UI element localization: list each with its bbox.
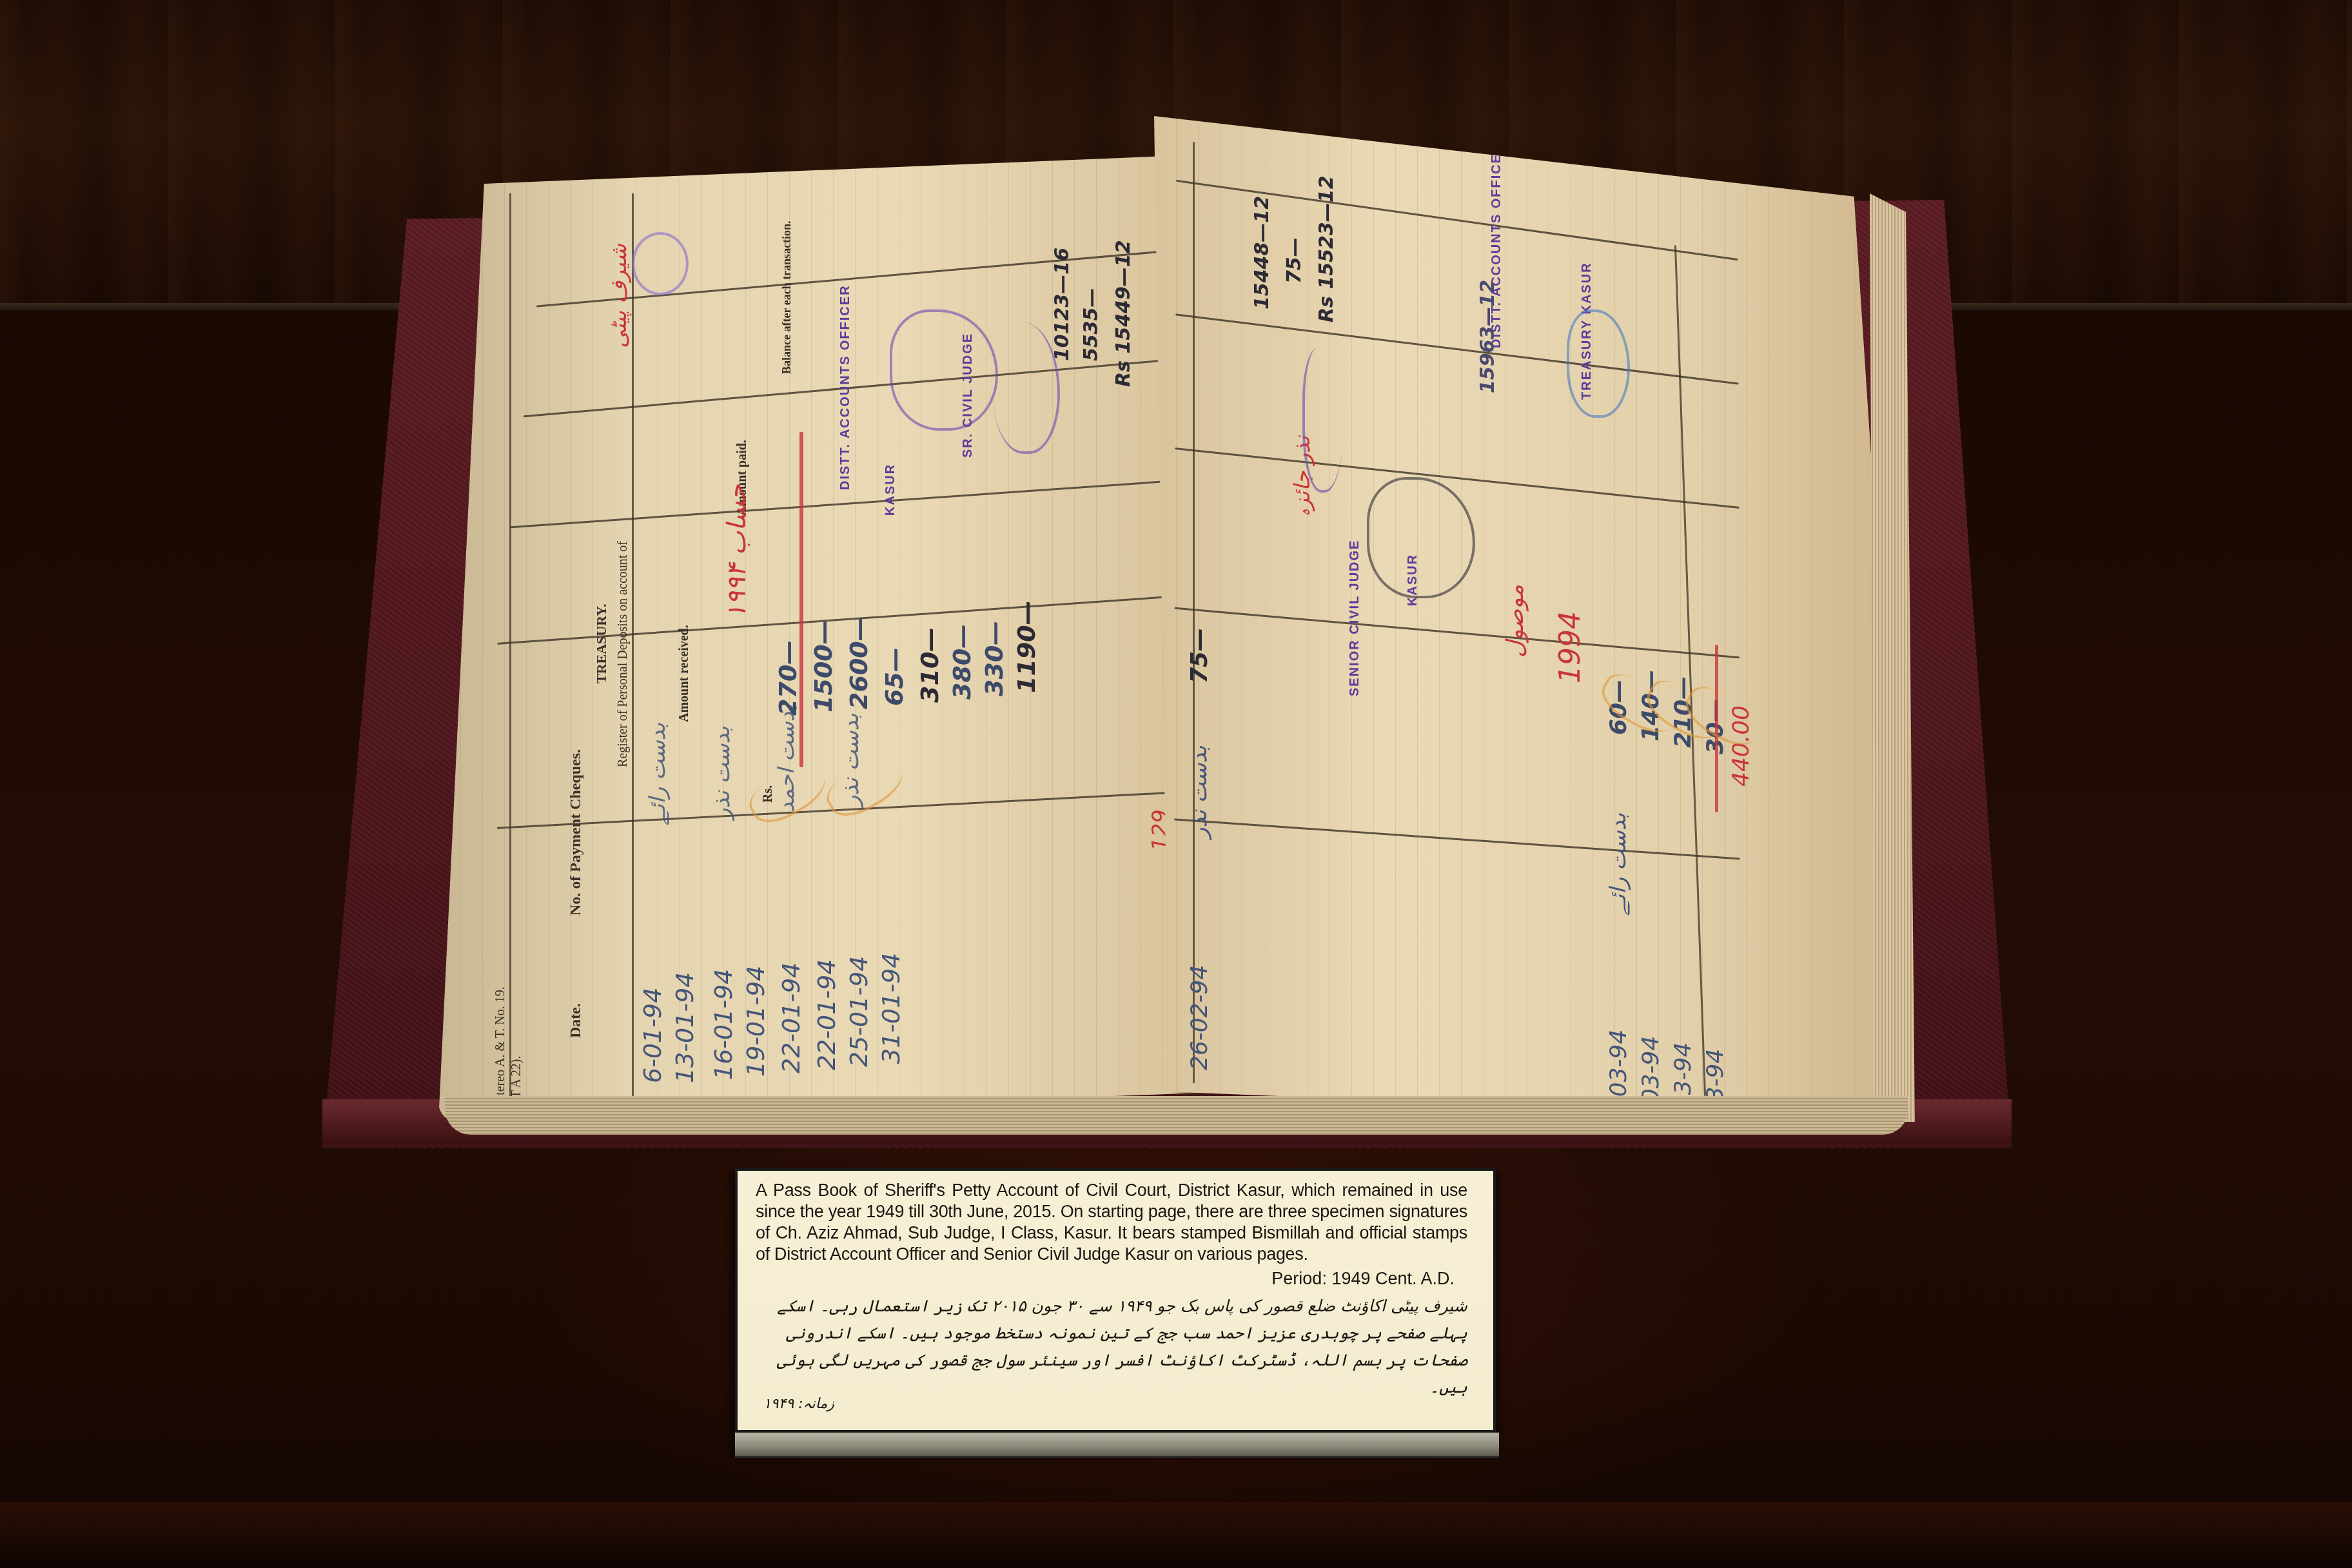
card-urdu-period: زمانہ: ۱۹۴۹ (763, 1396, 834, 1412)
rule-line (1193, 142, 1195, 1083)
entry-date: 19-01-94 (741, 966, 770, 1077)
balance-total: 5535— (1080, 288, 1102, 362)
amount-received: 310— (916, 627, 944, 703)
entry-date: 25-01-94 (845, 956, 873, 1067)
rule-line (509, 193, 511, 1096)
entry-date: 31-01-94 (877, 953, 905, 1064)
rule-line (1174, 818, 1740, 859)
official-stamp: KASUR (883, 464, 898, 516)
amount-received: 65— (880, 647, 908, 706)
payee-entry: ﺑﺪﺳﺖ ﺭﺍﺋﮯ (1605, 813, 1631, 916)
card-english-description: A Pass Book of Sheriff's Petty Account o… (756, 1180, 1467, 1265)
amount-received: 270— (774, 640, 802, 716)
entry-date: 6-01-94 (638, 988, 667, 1083)
rule-line (1175, 607, 1740, 659)
red-underline (799, 432, 803, 767)
treasury-title: TREASURY. (593, 603, 610, 683)
payee-entry: ﺑﺪﺳﺖ ﻧﺬﺭ (709, 726, 735, 819)
register-title: Register of Personal Deposits on account… (616, 541, 631, 767)
column-header-cheques: No. of Payment Cheques. (567, 749, 585, 916)
amount-received: 1500— (809, 620, 838, 712)
table-front-edge (0, 1502, 2352, 1568)
balance-total: 15448—12 (1251, 196, 1273, 309)
balance-total: 75— (1283, 237, 1306, 284)
signature-scribble (890, 309, 998, 431)
card-stand (735, 1433, 1499, 1458)
entry-date: 13-01-94 (671, 972, 699, 1083)
rule-line (1175, 313, 1739, 384)
balance-total: 15963—12 (1476, 280, 1499, 393)
form-number: Stereo A. & T. No. 19. (493, 986, 508, 1102)
rule-line (632, 193, 634, 1096)
red-urdu-annotation: ﻣﻮﺻﻮﻝ (1502, 585, 1529, 658)
amount-received: 2600— (845, 616, 873, 709)
column-header-received: Amount received. (677, 625, 692, 722)
red-urdu-annotation: ﺣﺴﺎﺏ ۱۹۹۴ (722, 484, 752, 619)
balance-total: 10123—16 (1051, 248, 1073, 361)
page-stack-right (1154, 1096, 1908, 1135)
card-period: Period: 1949 Cent. A.D. (756, 1269, 1455, 1289)
column-header-balance: Balance after each transaction. (780, 220, 794, 374)
payee-entry: ﺑﺪﺳﺖ ﻧﺬﺭ (1186, 745, 1212, 838)
balance-total: Rs 15449—12 (1112, 240, 1135, 387)
info-card: A Pass Book of Sheriff's Petty Account o… (735, 1168, 1496, 1433)
amount-entry: 75— (1186, 628, 1213, 683)
rule-line (1674, 245, 1706, 1095)
amount-received: 330— (980, 621, 1008, 696)
tick-mark (820, 750, 910, 825)
entry-date: 26-02-94 (1186, 965, 1213, 1070)
red-urdu-annotation: ﺷﯿﺮﻑ ﭘﯿﭩﯽ (606, 244, 632, 348)
official-stamp: SENIOR CIVIL JUDGE (1347, 540, 1362, 696)
entry-date: 22-01-94 (777, 963, 805, 1073)
signature-scribble (1367, 477, 1475, 598)
card-urdu-description: شیرف پیٹی اکاؤنٹ ضلع قصور کی پاس بک جو ۱… (756, 1293, 1467, 1401)
signature-scribble (1302, 348, 1344, 493)
ledger-left-page: Stereo A. & T. No. 19. (T A 22). Date. N… (438, 155, 1199, 1122)
purple-mark (632, 232, 689, 295)
column-header-date: Date. (567, 1003, 585, 1038)
entry-date: 22-01-94 (812, 959, 841, 1070)
balance-total: Rs 15523—12 (1315, 175, 1338, 322)
amount-received: 380— (948, 624, 976, 700)
blue-stamp-mark (1567, 309, 1630, 418)
payee-entry: ﺑﺪﺳﺖ ﺭﺍﺋﮯ (645, 723, 671, 825)
official-stamp: DISTT. ACCOUNTS OFFICER (838, 284, 853, 490)
signature-scribble (993, 322, 1060, 454)
page-stack-left (445, 1096, 1180, 1135)
ledger-right-page: 26-02-94 ﺑﺪﺳﺖ ﻧﺬﺭ 75— 19-03-94 26-03-94 … (1154, 116, 1915, 1122)
amount-received: 1190— (1012, 600, 1041, 693)
entry-date: 16-01-94 (709, 969, 738, 1080)
red-year-mark: 1994 (1554, 611, 1587, 683)
